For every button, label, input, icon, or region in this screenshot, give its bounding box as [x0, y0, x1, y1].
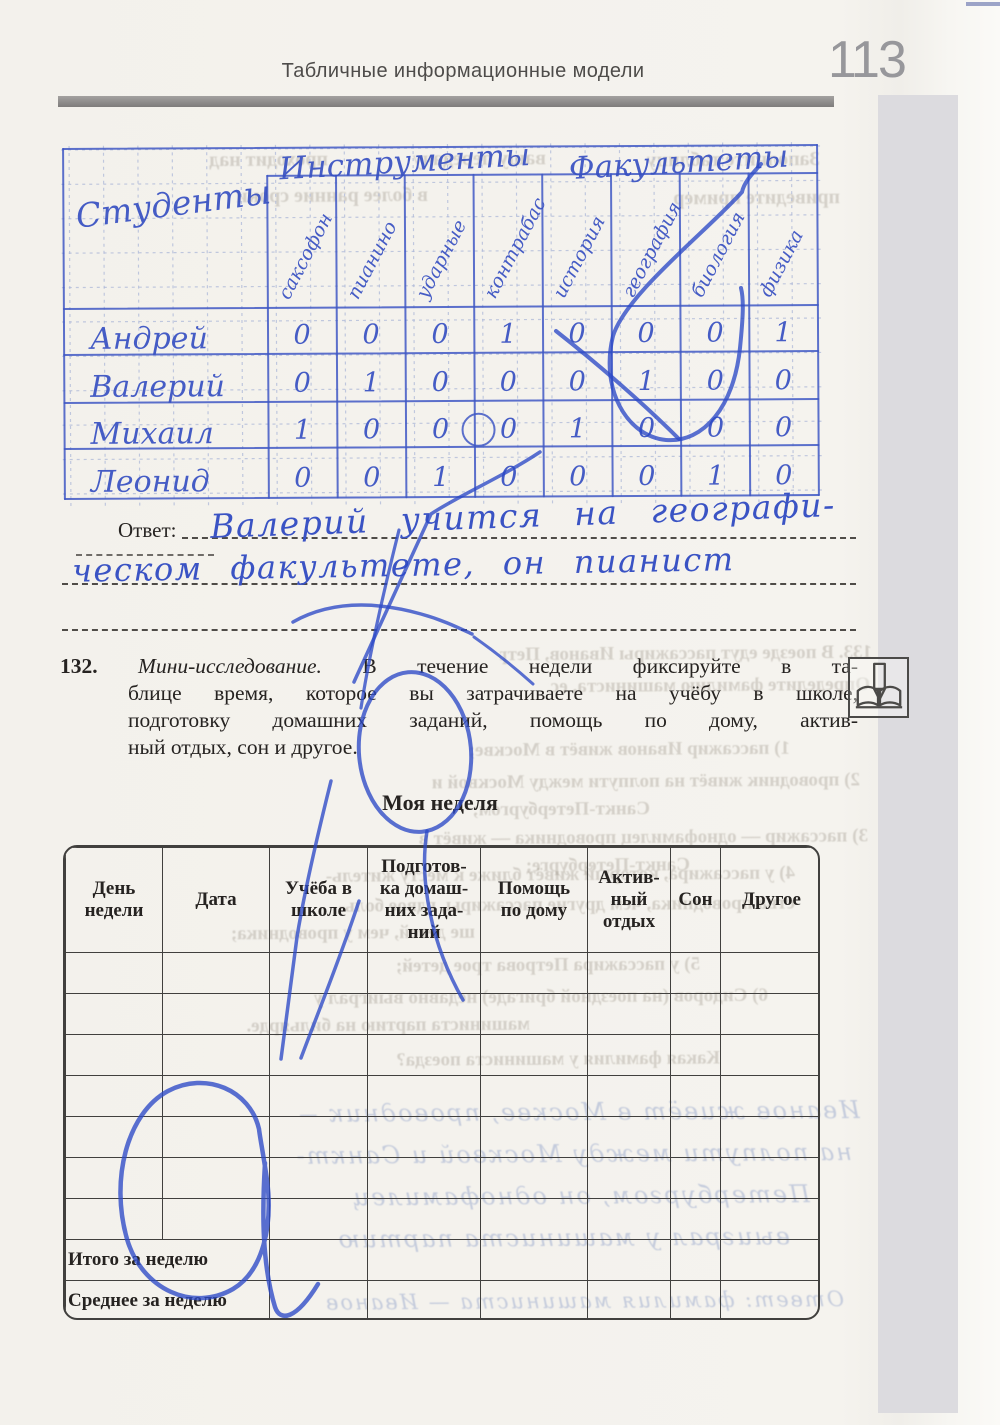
hand-cell-value: 0 [294, 368, 311, 399]
hand-column-label: контрабас [480, 194, 551, 302]
graph-grid-line [619, 143, 621, 507]
graph-grid-line [69, 146, 71, 510]
hand-cell-value: 0 [294, 463, 311, 494]
graph-grid-line [413, 144, 415, 508]
table-pen-line [63, 149, 65, 499]
week-empty-cell [481, 1158, 588, 1199]
page-edge-line [966, 2, 1000, 6]
hand-cell-value: 0 [569, 461, 586, 492]
week-empty-cell [481, 1117, 588, 1158]
week-empty-cell [671, 1240, 721, 1281]
week-empty-cell [481, 1281, 588, 1321]
week-empty-cell [66, 1117, 163, 1158]
hand-cell-value: 0 [363, 462, 380, 493]
hand-column-label: ударные [411, 216, 471, 303]
week-empty-cell [66, 1158, 163, 1199]
hand-cell-value: 0 [707, 413, 724, 444]
hand-column-label: пианино [343, 218, 402, 303]
week-empty-cell [721, 1199, 821, 1240]
hand-cell-value: 0 [638, 413, 655, 444]
hand-column-label: история [549, 212, 610, 301]
task-line: ный отдых, сон и другое. [128, 734, 858, 761]
hand-cell-value: 1 [569, 413, 586, 444]
week-empty-cell [721, 1117, 821, 1158]
my-week-table: ДеньнеделиДатаУчёба вшколеПодготов-ка до… [63, 845, 820, 1320]
hand-cell-value: 0 [707, 366, 724, 397]
week-empty-cell [721, 1281, 821, 1321]
hand-cell-value: 0 [775, 365, 792, 396]
week-empty-cell [270, 1035, 368, 1076]
task-line: подготовку домашних заданий, помощь по д… [128, 707, 858, 734]
week-empty-cell [721, 1076, 821, 1117]
week-empty-cell [368, 1035, 481, 1076]
hand-column-label: физика [755, 226, 808, 300]
hand-cell-value: 0 [432, 414, 449, 445]
answer-label: Ответ: [118, 518, 176, 543]
week-empty-cell [270, 1158, 368, 1199]
week-empty-cell [481, 1199, 588, 1240]
week-header-cell: Деньнедели [66, 848, 163, 953]
week-header-cell: Подготов-ка домаш-них зада-ний [368, 848, 481, 953]
hand-cell-value: 0 [500, 414, 517, 445]
hand-cell-value: 1 [432, 462, 449, 493]
week-empty-cell [481, 1076, 588, 1117]
graph-grid-line [551, 143, 553, 507]
hand-cell-value: 0 [363, 414, 380, 445]
week-empty-cell [163, 994, 270, 1035]
week-empty-cell [368, 994, 481, 1035]
hand-cell-value: 0 [500, 462, 517, 493]
graph-grid-line [688, 143, 690, 507]
week-empty-cell [671, 994, 721, 1035]
week-empty-cell [163, 1117, 270, 1158]
graph-grid-line [791, 142, 793, 506]
circled-mark [462, 414, 494, 446]
week-empty-cell [481, 953, 588, 994]
week-table-title: Моя неделя [60, 790, 820, 816]
table-pen-line [64, 305, 818, 309]
table-pen-line [405, 175, 407, 497]
week-empty-cell [481, 1035, 588, 1076]
week-empty-cell [66, 953, 163, 994]
graph-grid-line [63, 456, 823, 460]
hand-cell-value: 0 [362, 319, 379, 350]
hand-cell-value: 1 [363, 367, 380, 398]
task-number: 132. [60, 654, 98, 678]
hand-cell-value: 1 [638, 366, 655, 397]
graph-grid-line [275, 145, 277, 509]
hand-column-label: биология [687, 208, 750, 301]
week-empty-cell [671, 1158, 721, 1199]
hand-cell-value: 0 [431, 319, 448, 350]
week-empty-cell [588, 1117, 671, 1158]
week-empty-cell [368, 1117, 481, 1158]
hand-cell-value: 1 [294, 415, 311, 446]
hand-cell-value: 0 [432, 367, 449, 398]
week-empty-cell [368, 1076, 481, 1117]
table-pen-line [749, 173, 751, 495]
week-empty-cell [270, 1281, 368, 1321]
week-empty-cell [481, 994, 588, 1035]
week-empty-cell [163, 1076, 270, 1117]
week-empty-cell [588, 1199, 671, 1240]
hand-cell-value: 1 [774, 317, 791, 348]
week-empty-cell [270, 994, 368, 1035]
hand-student-name: Валерий [89, 369, 225, 405]
hand-cell-value: 1 [499, 319, 516, 350]
week-empty-cell [270, 1199, 368, 1240]
hand-student-name: Леонид [89, 464, 210, 500]
week-empty-cell [368, 1240, 481, 1281]
week-empty-cell [671, 953, 721, 994]
week-empty-cell [588, 953, 671, 994]
week-empty-cell [66, 1035, 163, 1076]
week-empty-cell [270, 1240, 368, 1281]
pencil-and-book-icon [848, 657, 909, 718]
week-empty-cell [163, 953, 270, 994]
week-empty-cell [671, 1199, 721, 1240]
header-divider-bar [58, 96, 834, 107]
hand-cell-value: 0 [293, 320, 310, 351]
hand-student-name: Андрей [88, 321, 208, 357]
week-empty-cell [721, 1158, 821, 1199]
task-line: 132. Мини-исследование. В течение недели… [60, 653, 858, 680]
week-empty-cell [671, 1035, 721, 1076]
week-empty-cell [270, 1076, 368, 1117]
workbook-page: Табличные информационные модели 113 прох… [0, 0, 1000, 1425]
week-header-cell: Другое [721, 848, 821, 953]
task-132-text: 132. Мини-исследование. В течение недели… [60, 653, 858, 761]
hand-cell-value: 0 [569, 366, 586, 397]
hand-student-name: Михаил [89, 416, 213, 452]
week-header-cell: Актив-ныйотдых [588, 848, 671, 953]
hand-cell-value: 0 [568, 318, 585, 349]
week-empty-cell [163, 1035, 270, 1076]
page-number: 113 [828, 30, 905, 90]
table-pen-line [611, 174, 613, 496]
week-header-cell: Учёба вшколе [270, 848, 368, 953]
week-empty-cell [721, 1035, 821, 1076]
graph-grid-line [482, 144, 484, 508]
table-pen-line [817, 145, 819, 495]
hand-cell-value: 0 [706, 318, 723, 349]
hand-column-label: саксофон [274, 209, 337, 303]
week-header-cell: Помощьпо дому [481, 848, 588, 953]
graph-grid-line [757, 142, 759, 506]
table-pen-line [267, 176, 269, 498]
hand-cell-value: 0 [637, 318, 654, 349]
week-empty-cell [270, 953, 368, 994]
week-empty-cell [588, 1240, 671, 1281]
week-empty-cell [671, 1117, 721, 1158]
hand-cell-value: 0 [775, 412, 792, 443]
hand-drawn-students-table: СтудентыИнструментыФакультетысаксофонпиа… [61, 140, 823, 512]
week-empty-cell [163, 1158, 270, 1199]
week-header-cell: Сон [671, 848, 721, 953]
week-empty-cell [671, 1281, 721, 1321]
task-line: блице время, которое вы затрачиваете на … [128, 680, 858, 707]
week-empty-cell [721, 994, 821, 1035]
week-empty-cell [270, 1117, 368, 1158]
table-pen-line [542, 174, 544, 496]
graph-grid-line [344, 145, 346, 509]
week-empty-cell [368, 1199, 481, 1240]
week-empty-cell [368, 1281, 481, 1321]
week-empty-cell [66, 994, 163, 1035]
week-footer-label: Итого за неделю [66, 1240, 270, 1281]
week-empty-cell [66, 1076, 163, 1117]
week-empty-cell [163, 1199, 270, 1240]
week-empty-cell [588, 1158, 671, 1199]
table-pen-line [474, 175, 476, 497]
week-empty-cell [368, 1158, 481, 1199]
week-empty-cell [721, 1240, 821, 1281]
week-empty-cell [588, 994, 671, 1035]
hand-cell-value: 0 [638, 461, 655, 492]
table-pen-line [336, 176, 338, 498]
week-header-cell: Дата [163, 848, 270, 953]
table-pen-line [680, 174, 682, 496]
week-empty-cell [481, 1240, 588, 1281]
chapter-header: Табличные информационные модели [258, 60, 668, 83]
week-empty-cell [721, 953, 821, 994]
week-empty-cell [588, 1076, 671, 1117]
hand-cell-value: 1 [707, 461, 724, 492]
week-footer-label: Среднее за неделю [66, 1281, 270, 1321]
task-title: Мини-исследование. [138, 654, 322, 678]
answer-dashed-line [62, 629, 856, 631]
hand-cell-value: 0 [500, 367, 517, 398]
week-empty-cell [66, 1199, 163, 1240]
hand-column-label: география [618, 198, 686, 301]
week-empty-cell [671, 1076, 721, 1117]
week-empty-cell [368, 953, 481, 994]
week-empty-cell [588, 1035, 671, 1076]
task-text: В течение недели фиксируйте в та- [362, 654, 858, 678]
week-empty-cell [588, 1281, 671, 1321]
